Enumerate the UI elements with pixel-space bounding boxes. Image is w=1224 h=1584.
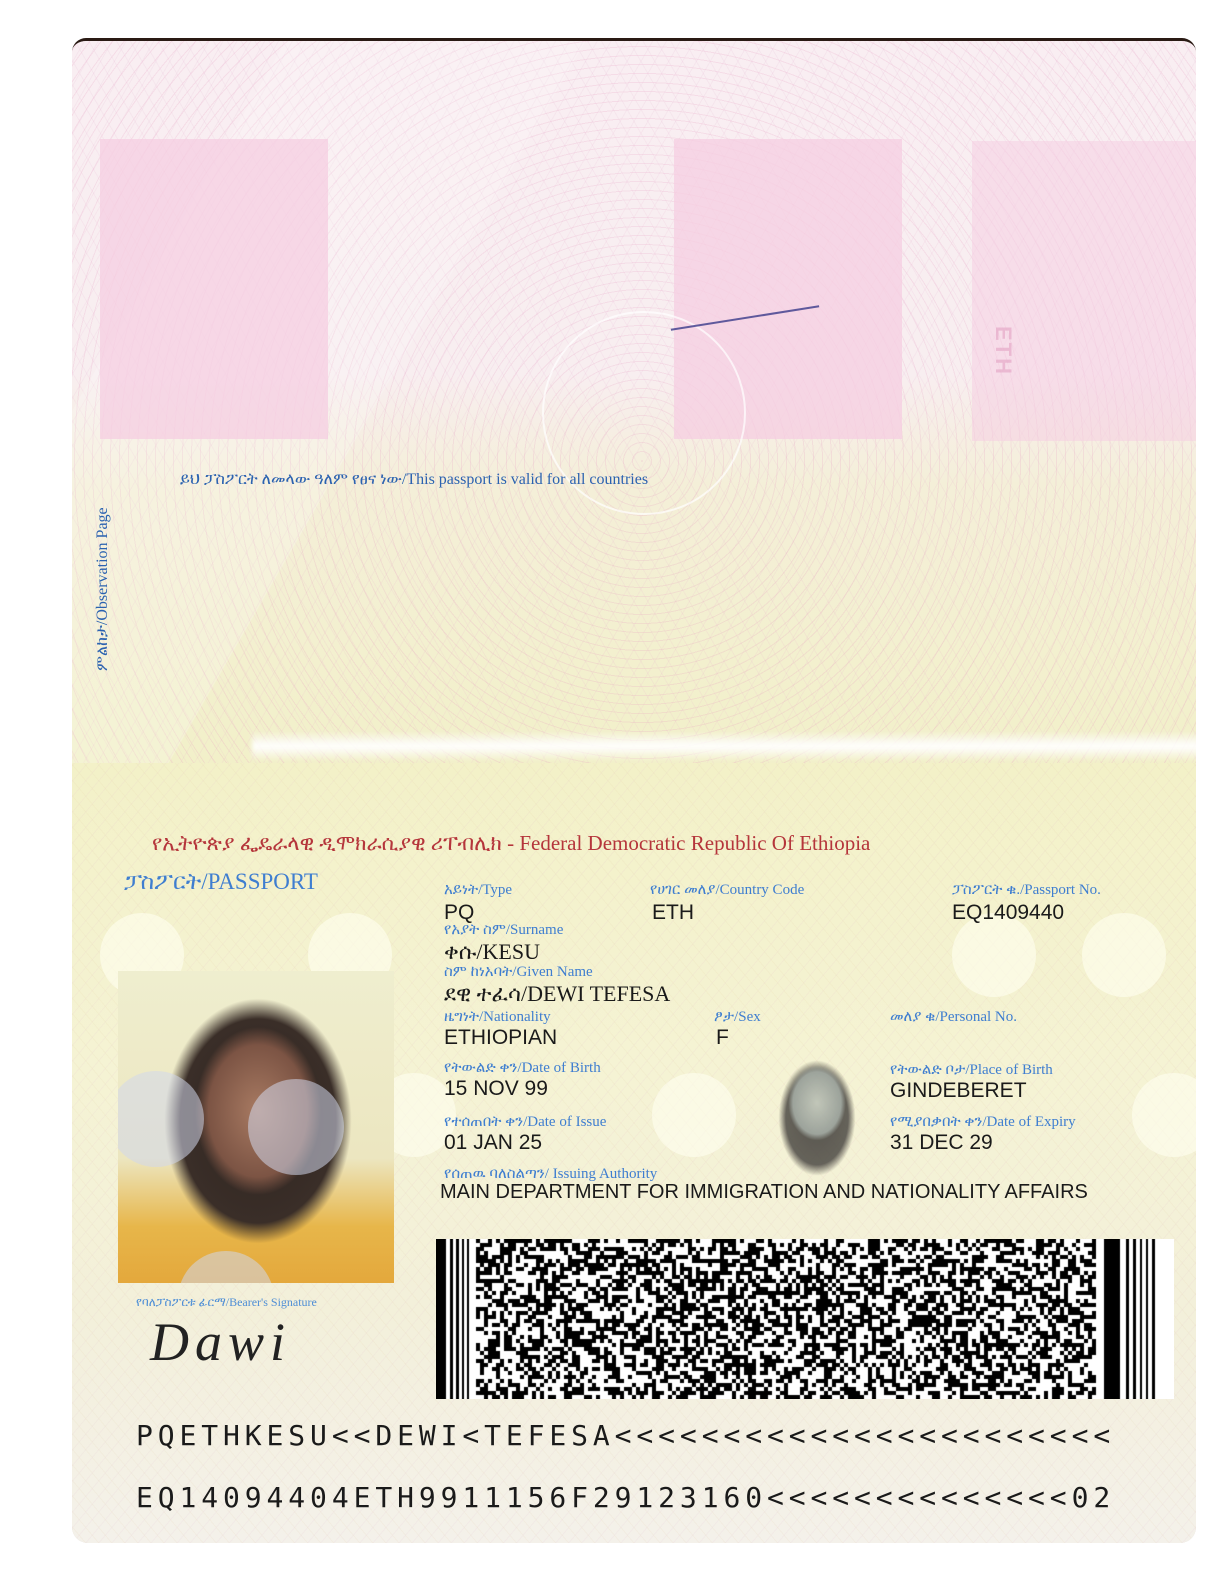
- data-page: የኢትዮጵያ ፌዴራላዊ ዲሞክራሲያዊ ሪፐብሊክ - Federal Dem…: [72, 763, 1196, 1543]
- bearer-signature: Dawi: [150, 1311, 291, 1373]
- fold-glare: [252, 731, 1196, 761]
- watermark-circle: [652, 1073, 736, 1157]
- pink-panel-left: [100, 139, 328, 439]
- dob-value: 15 NOV 99: [444, 1077, 548, 1101]
- holder-photo: [118, 971, 394, 1283]
- sex-value: F: [716, 1026, 729, 1050]
- observation-page: ETH ይህ ፓስፖርት ለመላው ዓለም የፀና ነው/This passpo…: [72, 41, 1196, 781]
- pdf417-barcode: [436, 1239, 1174, 1399]
- watermark-circle: [952, 913, 1036, 997]
- document-title: ፓስፖርት/PASSPORT: [124, 869, 318, 895]
- pob-label: የትውልድ ቦታ/Place of Birth: [890, 1061, 1053, 1079]
- given-name-label: ስም ከነአባት/Given Name: [444, 963, 593, 981]
- country-header-amharic: የኢትዮጵያ ፌዴራላዊ ዲሞክራሲያዊ ሪፐብሊክ: [152, 831, 502, 855]
- sex-label: ፆታ/Sex: [714, 1008, 761, 1026]
- surname-label: የአያት ስም/Surname: [444, 921, 563, 939]
- ghost-photo: [762, 1043, 872, 1193]
- mrz-line-1: PQETHKESU<<DEWI<TEFESA<<<<<<<<<<<<<<<<<<…: [136, 1419, 1115, 1452]
- passport-no-label: ፓስፖርት ቁ./Passport No.: [952, 881, 1101, 899]
- country-code-value: ETH: [652, 901, 694, 925]
- personal-no-label: መለያ ቁ/Personal No.: [890, 1008, 1017, 1026]
- passport-no-value: EQ1409440: [952, 901, 1064, 925]
- country-header: የኢትዮጵያ ፌዴራላዊ ዲሞክራሲያዊ ሪፐብሊክ - Federal Dem…: [152, 831, 870, 856]
- surname-value: ቀሱ/KESU: [444, 939, 540, 965]
- mrz-line-2: EQ14094404ETH9911156F29123160<<<<<<<<<<<…: [136, 1481, 1115, 1514]
- hologram-circle: [248, 1079, 344, 1175]
- watermark-circle: [1082, 913, 1166, 997]
- nationality-label: ዜግነት/Nationality: [444, 1008, 551, 1026]
- dob-label: የትውልድ ቀን/Date of Birth: [444, 1059, 601, 1077]
- pink-panel-right: [972, 141, 1196, 441]
- pob-value: GINDEBERET: [890, 1079, 1027, 1103]
- nationality-value: ETHIOPIAN: [444, 1026, 557, 1050]
- doe-value: 31 DEC 29: [890, 1131, 993, 1155]
- eth-watermark: ETH: [990, 326, 1016, 376]
- passport-document: ETH ይህ ፓስፖርት ለመላው ዓለም የፀና ነው/This passpo…: [72, 38, 1196, 1543]
- hologram-circle: [118, 1071, 204, 1167]
- hologram-circle: [178, 1251, 274, 1283]
- type-label: አይነት/Type: [444, 881, 512, 899]
- country-code-label: የሀገር መለያ/Country Code: [650, 881, 804, 899]
- given-name-value: ደዊ ተፈሳ/DEWI TEFESA: [444, 981, 670, 1007]
- signature-label: የባለፓስፖርቱ ፊርማ/Bearer's Signature: [136, 1295, 317, 1310]
- country-header-english: - Federal Democratic Republic Of Ethiopi…: [502, 831, 871, 855]
- observation-page-label: ምልከታ/Observation Page: [94, 507, 112, 671]
- doi-label: የተሰጠበት ቀን/Date of Issue: [444, 1113, 606, 1131]
- doi-value: 01 JAN 25: [444, 1131, 542, 1155]
- validity-statement: ይህ ፓስፖርት ለመላው ዓለም የፀና ነው/This passport i…: [180, 471, 648, 489]
- doe-label: የሚያበቃበት ቀን/Date of Expiry: [890, 1113, 1076, 1131]
